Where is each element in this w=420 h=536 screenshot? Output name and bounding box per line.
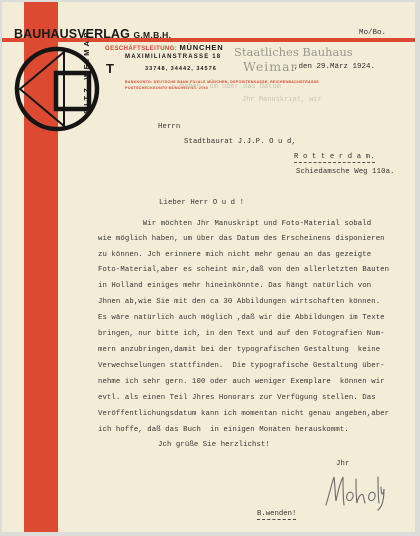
management-line: GESCHÄFTSLEITUNG: MÜNCHEN [105,43,223,52]
stamp-staatliches-bauhaus: Staatliches Bauhaus [234,45,353,59]
street-address: MAXIMILIANSTRASSE 18 [125,54,221,60]
body-line: ich hoffe, daß das Buch in einigen Monat… [98,426,349,434]
closing-line: Jch grüße Sie herzlichst! [158,441,270,449]
recipient-city: R o t t e r d a m. [294,153,375,163]
body-line: Veröffentlichungsdatum kann ich momentan… [98,410,389,418]
valediction: Jhr [336,460,349,468]
letter-date: ,den 29.März 1924. [294,63,375,71]
recipient-street: Schiedamsche Weg 110a. [296,168,395,176]
body-line: bringen, nur bitte ich, in den Text und … [98,330,385,338]
management-city: MÜNCHEN [180,43,224,52]
body-line: Wir möchten Jhr Manuskript und Foto-Mate… [98,220,371,228]
body-line: Verwechselungen stattfinden. Die typogra… [98,362,385,370]
body-line: zu können. Jch erinnere mich nicht mehr … [98,251,371,259]
recipient-name: Stadtbaurat J.J.P. O u d, [184,138,296,146]
company-suffix: G.M.B.H. [133,30,171,40]
body-line: in Holland einiges mehr hineinkönnte. Da… [98,282,371,290]
letter-sheet: BAUHAUSVERLAG G.M.B.H. Mo/Bo. SITZ WEIMA… [2,2,415,532]
show-through-text: Jhr Manuskript, wir [242,96,322,104]
body-line: evtl. als einen Teil Jhres Honorars zur … [98,394,376,402]
overleaf-note: B.wenden! [257,510,296,520]
stamp-weimar: Weimar [243,59,298,74]
reference-initials: Mo/Bo. [359,29,386,37]
telephone-symbol: T [106,61,114,76]
body-line: Jhnen ab,wie Sie mit den ca 30 Abbildung… [98,298,380,306]
letter-greeting: Lieber Herr O u d ! [159,199,244,207]
recipient-prefix: Herrn [158,123,180,131]
seat-weimar-vertical: SITZ WEIMAR [82,29,91,114]
body-line: Foto-Material,aber es scheint mir,daß vo… [98,266,389,274]
body-line: Es wäre natürlich auch möglich ,daß wir … [98,314,385,322]
telephone-numbers: 33748, 34442, 34576 [145,66,217,72]
management-label: GESCHÄFTSLEITUNG: [105,46,177,52]
company-name-text: BAUHAUSVERLAG [14,27,130,41]
body-line: nehme ich sehr gern. 100 oder auch wenig… [98,378,385,386]
company-name: BAUHAUSVERLAG G.M.B.H. [14,27,171,41]
show-through-text: haben, um über das Datum [180,83,281,91]
body-line: mern anzubringen,damit bei der typografi… [98,346,380,354]
signature-moholy: Moholy [323,473,385,511]
body-line: wie möglich haben, um über das Datum des… [98,235,385,243]
